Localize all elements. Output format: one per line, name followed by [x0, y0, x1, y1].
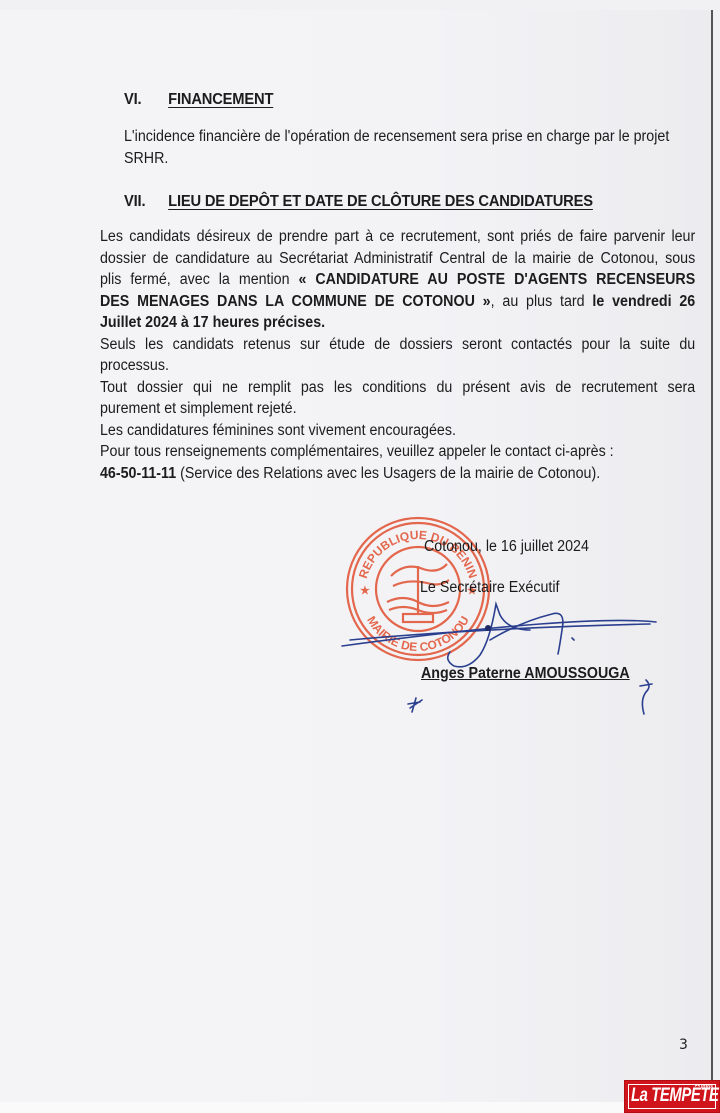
section-title: FINANCEMENT — [168, 91, 273, 108]
financement-paragraph: L'incidence financière de l'opération de… — [124, 126, 720, 169]
depot-paragraph: Les candidats désireux de prendre part à… — [100, 226, 695, 484]
mention-line: plis fermé, avec la mention « CANDIDATUR… — [100, 269, 695, 291]
svg-text:★: ★ — [360, 585, 370, 597]
section-heading-financement: VI.FINANCEMENT — [124, 91, 273, 109]
section-number: VI. — [124, 91, 168, 109]
signer-role: Le Secrétaire Exécutif — [420, 579, 560, 597]
logo-subtext: Infos — [701, 1084, 713, 1090]
section-number: VII. — [124, 193, 168, 211]
section-heading-depot: VII.LIEU DE DEPÔT ET DATE DE CLÔTURE DES… — [124, 193, 593, 211]
la-tempete-logo: La TEMPÊTE Infos — [624, 1080, 720, 1113]
contact-line: 46-50-11-11 (Service des Relations avec … — [100, 463, 695, 485]
handwritten-signature-icon — [340, 600, 670, 720]
page-number: 3 — [679, 1037, 688, 1053]
section-title: LIEU DE DEPÔT ET DATE DE CLÔTURE DES CAN… — [168, 193, 593, 210]
contact-phone: 46-50-11-11 — [100, 465, 176, 482]
bottom-strip — [0, 1102, 720, 1113]
deadline-line: Juillet 2024 à 17 heures précises. — [100, 312, 695, 334]
place-date: Cotonou, le 16 juillet 2024 — [424, 538, 589, 556]
page-edge-rule — [711, 10, 713, 1102]
